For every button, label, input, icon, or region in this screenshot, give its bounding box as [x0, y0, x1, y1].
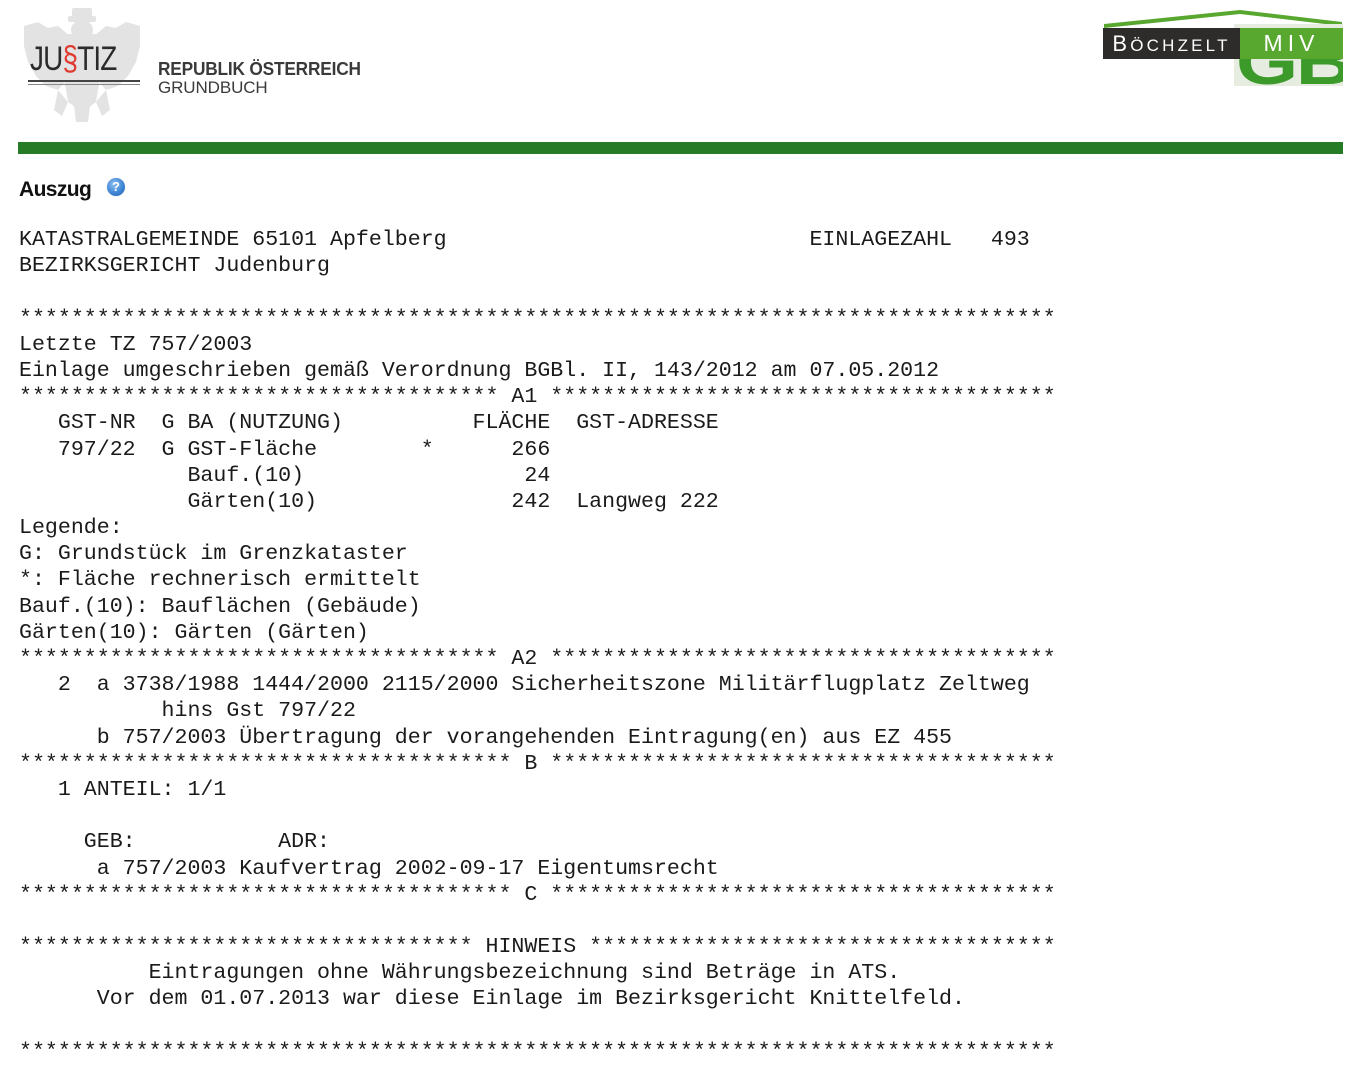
justiz-underline: [28, 80, 140, 82]
help-icon[interactable]: ?: [107, 178, 125, 196]
bezirksgericht-line: BEZIRKSGERICHT Judenburg: [19, 253, 1056, 279]
partner-badge: MIV: [1240, 28, 1343, 59]
blank-line: [19, 279, 1056, 305]
partner-name: Böchzelt: [1103, 28, 1240, 59]
letzte-tz-line: Letzte TZ 757/2003: [19, 332, 1056, 358]
a1-table-row: 797/22 G GST-Fläche * 266: [19, 437, 1056, 463]
legend-item: *: Fläche rechnerisch ermittelt: [19, 567, 1056, 593]
partner-name-initial: B: [1112, 31, 1130, 56]
section-a1-header: ************************************* A1…: [19, 384, 1056, 410]
section-c-header: ************************************** C…: [19, 882, 1056, 908]
justiz-word-suffix: TIZ: [77, 40, 116, 78]
justiz-logo[interactable]: JU§TIZ: [18, 6, 146, 124]
a1-table-header: GST-NR G BA (NUTZUNG) FLÄCHE GST-ADRESSE: [19, 410, 1056, 436]
separator-line: ****************************************…: [19, 1039, 1056, 1065]
blank-line: [19, 908, 1056, 934]
grundbuch-extract: KATASTRALGEMEINDE 65101 Apfelberg EINLAG…: [19, 227, 1056, 1065]
katastralgemeinde-line: KATASTRALGEMEINDE 65101 Apfelberg EINLAG…: [19, 227, 1056, 253]
section-hinweis-header: *********************************** HINW…: [19, 934, 1056, 960]
section-sign-icon: §: [62, 40, 77, 78]
a2-entry-continuation: hins Gst 797/22: [19, 698, 1056, 724]
partner-logo[interactable]: GB Böchzelt MIV: [1100, 6, 1346, 88]
a1-table-row: Gärten(10) 242 Langweg 222: [19, 489, 1056, 515]
hinweis-line: Eintragungen ohne Währungsbezeichnung si…: [19, 960, 1056, 986]
legend-item: G: Grundstück im Grenzkataster: [19, 541, 1056, 567]
justiz-wordmark: JU§TIZ: [30, 42, 116, 76]
section-b-header: ************************************** B…: [19, 751, 1056, 777]
section-a2-header: ************************************* A2…: [19, 646, 1056, 672]
org-name: REPUBLIK ÖSTERREICH: [158, 59, 361, 79]
legend-item: Bauf.(10): Bauflächen (Gebäude): [19, 594, 1056, 620]
b-entry: a 757/2003 Kaufvertrag 2002-09-17 Eigent…: [19, 856, 1056, 882]
a1-table-row: Bauf.(10) 24: [19, 463, 1056, 489]
b-anteil-line: 1 ANTEIL: 1/1: [19, 777, 1056, 803]
justiz-word-prefix: JU: [30, 40, 62, 78]
umschreibung-line: Einlage umgeschrieben gemäß Verordnung B…: [19, 358, 1056, 384]
legend-title: Legende:: [19, 515, 1056, 541]
partner-name-rest: öchzelt: [1130, 36, 1230, 55]
blank-line: [19, 803, 1056, 829]
page-title: Auszug: [19, 177, 91, 203]
legend-item: Gärten(10): Gärten (Gärten): [19, 620, 1056, 646]
header-divider: [18, 142, 1343, 154]
a2-entry: 2 a 3738/1988 1444/2000 2115/2000 Sicher…: [19, 672, 1056, 698]
b-geb-adr-line: GEB: ADR:: [19, 829, 1056, 855]
a2-entry: b 757/2003 Übertragung der vorangehenden…: [19, 725, 1056, 751]
separator-line: ****************************************…: [19, 306, 1056, 332]
blank-line: [19, 1013, 1056, 1039]
hinweis-line: Vor dem 01.07.2013 war diese Einlage im …: [19, 986, 1056, 1012]
org-subtitle: GRUNDBUCH: [158, 78, 268, 98]
justiz-underline-thin: [28, 84, 140, 85]
